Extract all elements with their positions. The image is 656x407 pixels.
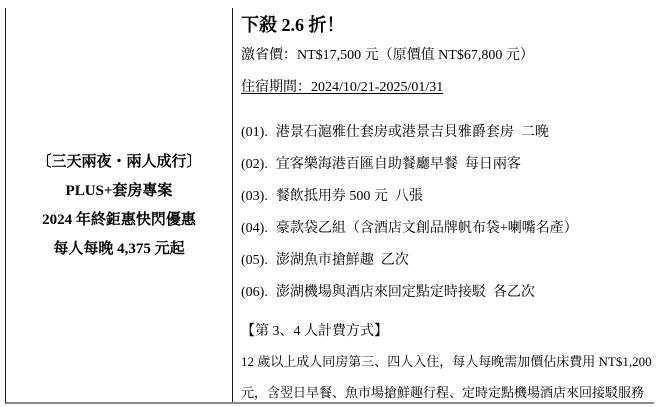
package-summary-cell: 〔三天兩夜・兩人成行〕 PLUS+套房專案 2024 年終鉅惠快閃優惠 每人每晚…	[6, 8, 233, 402]
item-text: 餐飲抵用券 500 元 八張	[276, 189, 423, 204]
item-number: (04).	[241, 221, 268, 236]
list-item: (03).餐飲抵用券 500 元 八張	[241, 189, 648, 205]
hotel-promo-page: 〔三天兩夜・兩人成行〕 PLUS+套房專案 2024 年終鉅惠快閃優惠 每人每晚…	[0, 0, 656, 407]
sale-price-line: 激省價：NT$17,500 元（原價值 NT$67,800 元）	[241, 48, 648, 64]
package-details-cell: 下殺 2.6 折！ 激省價：NT$17,500 元（原價值 NT$67,800 …	[233, 8, 654, 402]
extra-person-pricing-line-2: 元，含翌日早餐、魚市場搶鮮趣行程、定時定點機場酒店來回接駁服務	[241, 385, 648, 401]
package-name: PLUS+套房專案	[66, 183, 173, 199]
item-number: (03).	[241, 189, 268, 204]
stay-period: 住宿期間：2024/10/21-2025/01/31	[241, 80, 648, 96]
item-text: 澎湖魚市搶鮮趣 乙次	[276, 253, 409, 268]
list-item: (02).宜客樂海港百匯自助餐廳早餐 每日兩客	[241, 157, 648, 173]
item-text: 港景石滬雅仕套房或港景吉貝雅爵套房 二晚	[276, 125, 549, 140]
item-text: 豪款袋乙組（含酒店文創品牌帆布袋+喇嘴名產）	[276, 221, 578, 236]
item-number: (02).	[241, 157, 268, 172]
extra-person-pricing-line-1: 12 歲以上成人同房第三、四人入住，每人每晚需加價佔床費用 NT$1,200	[241, 354, 648, 370]
inclusion-list: (01).港景石滬雅仕套房或港景吉貝雅爵套房 二晚 (02).宜客樂海港百匯自助…	[241, 125, 648, 301]
list-item: (06).澎湖機場與酒店來回定點定時接駁 各乙次	[241, 285, 648, 301]
discount-headline: 下殺 2.6 折！	[241, 14, 648, 36]
promo-table: 〔三天兩夜・兩人成行〕 PLUS+套房專案 2024 年終鉅惠快閃優惠 每人每晚…	[5, 8, 654, 404]
list-item: (01).港景石滬雅仕套房或港景吉貝雅爵套房 二晚	[241, 125, 648, 141]
package-price-per-person: 每人每晚 4,375 元起	[53, 241, 184, 257]
item-text: 澎湖機場與酒店來回定點定時接駁 各乙次	[276, 285, 535, 300]
item-number: (06).	[241, 285, 268, 300]
item-number: (05).	[241, 253, 268, 268]
item-number: (01).	[241, 125, 268, 140]
list-item: (04).豪款袋乙組（含酒店文創品牌帆布袋+喇嘴名產）	[241, 221, 648, 237]
package-campaign: 2024 年終鉅惠快閃優惠	[42, 212, 196, 228]
list-item: (05).澎湖魚市搶鮮趣 乙次	[241, 253, 648, 269]
extra-person-pricing-title: 【第 3、4 人計費方式】	[241, 323, 648, 341]
item-text: 宜客樂海港百匯自助餐廳早餐 每日兩客	[276, 157, 521, 172]
package-duration: 〔三天兩夜・兩人成行〕	[36, 154, 201, 170]
